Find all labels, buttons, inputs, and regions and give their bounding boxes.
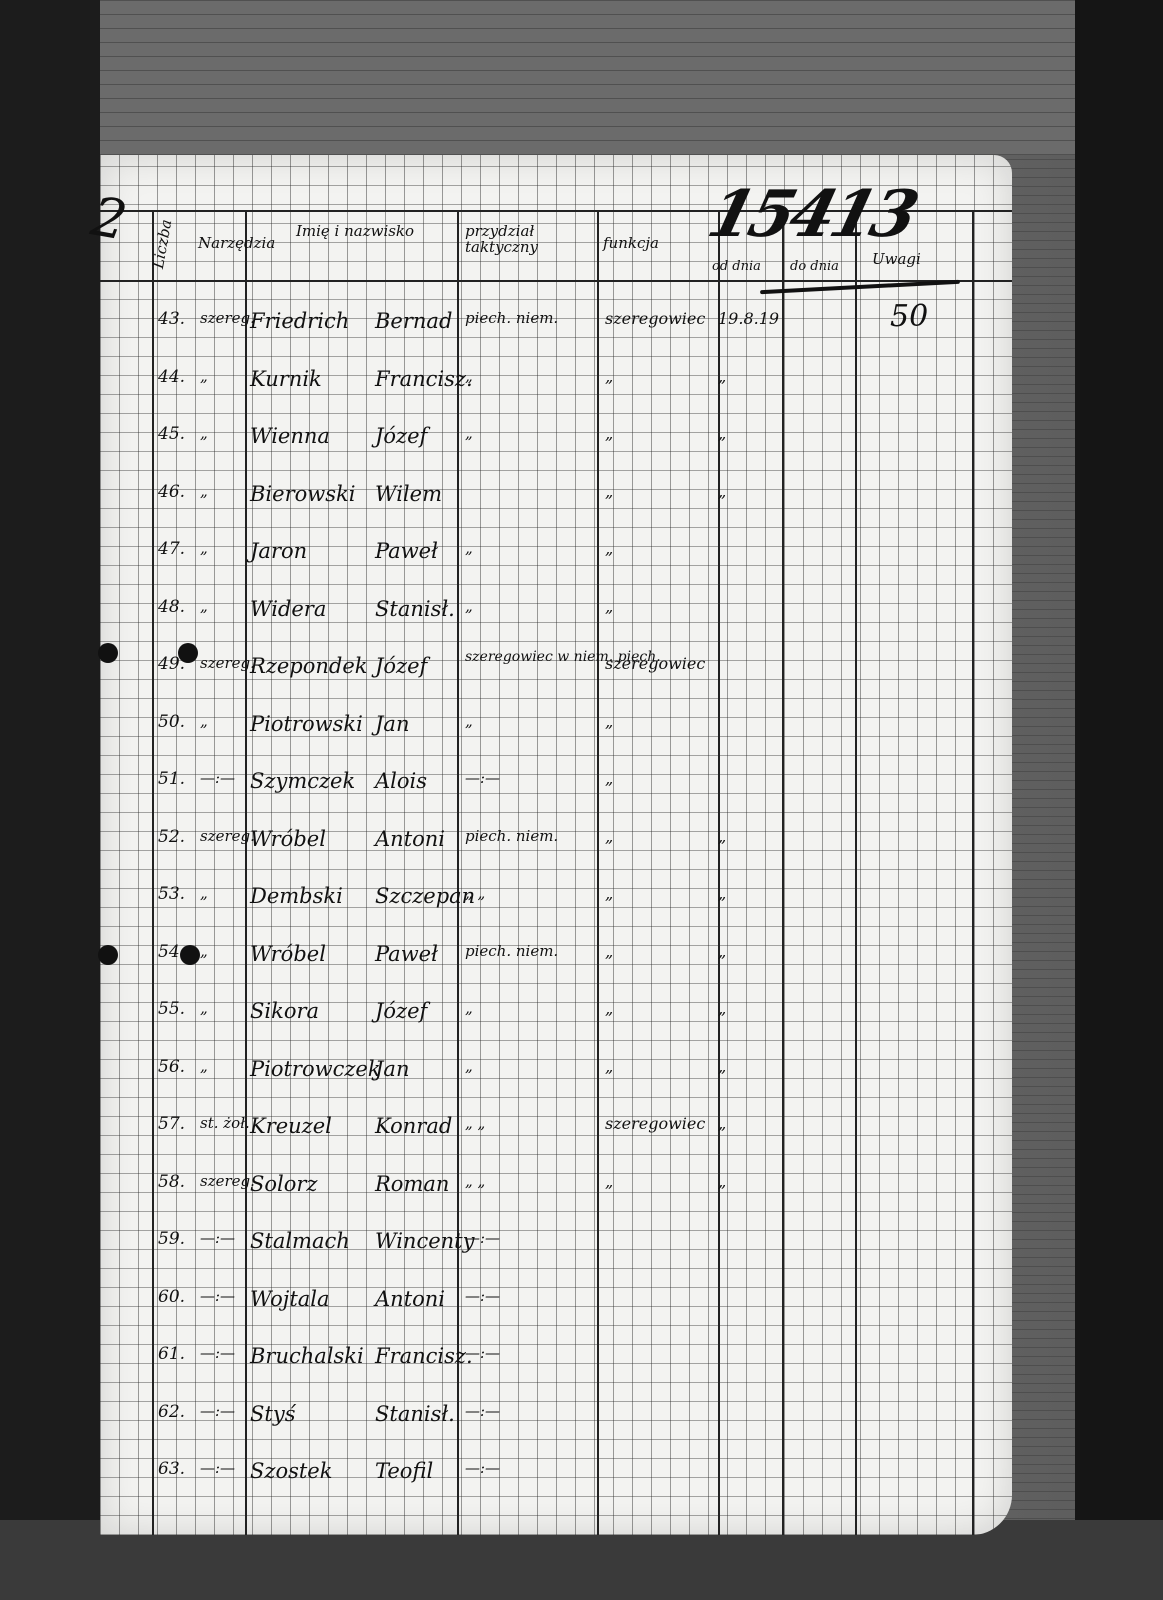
function-cell: „: [605, 367, 613, 386]
date-cell: 19.8.19: [718, 309, 779, 328]
rank-cell: „: [200, 367, 208, 385]
firstname-cell: Paweł: [375, 942, 438, 966]
firstname-cell: Francisz.: [375, 1344, 473, 1368]
column-divider: [718, 210, 720, 1535]
row-number: 56.: [158, 1057, 185, 1077]
rank-cell: —:—: [200, 1459, 235, 1477]
row-number: 61.: [158, 1344, 185, 1364]
unit-cell: „: [465, 367, 473, 385]
row-number: 59.: [158, 1229, 185, 1249]
rank-cell: szereg.: [200, 1172, 255, 1190]
surname-cell: Stalmach: [250, 1229, 350, 1253]
column-divider: [855, 210, 857, 1535]
row-number: 52.: [158, 827, 185, 847]
table-row: 48.„WideraStanisł.„„: [100, 593, 1012, 633]
header-function: funkcja: [603, 235, 659, 251]
row-number: 45.: [158, 424, 185, 444]
function-cell: „: [605, 597, 613, 616]
function-cell: „: [605, 827, 613, 846]
function-cell: „: [605, 482, 613, 501]
unit-cell: —:—: [465, 1459, 500, 1477]
rank-cell: szereg.: [200, 309, 255, 327]
firstname-cell: Szczepan: [375, 884, 475, 908]
firstname-cell: Teofil: [375, 1459, 433, 1483]
table-row: 54.„WróbelPawełpiech. niem.„„: [100, 938, 1012, 978]
function-cell: „: [605, 539, 613, 558]
table-row: 62.—:—StyśStanisł.—:—: [100, 1398, 1012, 1438]
firstname-cell: Józef: [375, 424, 427, 448]
header-name: Imię i nazwisko: [295, 223, 415, 239]
unit-cell: „ „: [465, 1114, 485, 1132]
table-row: 61.—:—BruchalskiFrancisz.—:—: [100, 1340, 1012, 1380]
table-row: 49.szereg.RzepondekJózefszeregowiec w ni…: [100, 650, 1012, 690]
firstname-cell: Jan: [375, 1057, 409, 1081]
function-cell: „: [605, 424, 613, 443]
unit-cell: —:—: [465, 769, 500, 787]
unit-cell: „: [465, 1057, 473, 1075]
table-row: 58.szereg.SolorzRoman„ „„„: [100, 1168, 1012, 1208]
table-row: 53.„DembskiSzczepan„ „„„: [100, 880, 1012, 920]
table-row: 43.szereg.FriedrichBernadpiech. niem.sze…: [100, 305, 1012, 345]
surname-cell: Friedrich: [250, 309, 349, 333]
date-cell: „: [718, 884, 726, 903]
surname-cell: Bierowski: [250, 482, 355, 506]
column-divider: [782, 210, 784, 1535]
rank-cell: „: [200, 1057, 208, 1075]
table-row: 56.„PiotrowczekJan„„„: [100, 1053, 1012, 1093]
surname-cell: Szostek: [250, 1459, 332, 1483]
row-number: 60.: [158, 1287, 185, 1307]
date-cell: „: [718, 942, 726, 961]
function-cell: „: [605, 884, 613, 903]
surname-cell: Rzepondek: [250, 654, 368, 678]
rank-cell: —:—: [200, 1287, 235, 1305]
header-period-to: do dnia: [790, 259, 839, 275]
date-cell: „: [718, 1172, 726, 1191]
rank-cell: szereg.: [200, 654, 255, 672]
surname-cell: Widera: [250, 597, 326, 621]
function-cell: „: [605, 769, 613, 788]
unit-cell: „ „: [465, 1172, 485, 1190]
date-cell: „: [718, 1114, 726, 1133]
firstname-cell: Józef: [375, 999, 427, 1023]
row-number: 58.: [158, 1172, 185, 1192]
date-cell: „: [718, 1057, 726, 1076]
rank-cell: —:—: [200, 1229, 235, 1247]
table-row: 47.„JaronPaweł„„: [100, 535, 1012, 575]
function-cell: szeregowiec: [605, 309, 705, 328]
row-number: 57.: [158, 1114, 185, 1134]
function-cell: szeregowiec: [605, 1114, 705, 1133]
table-row: 55.„SikoraJózef„„„: [100, 995, 1012, 1035]
rank-cell: „: [200, 712, 208, 730]
header-bottom-rule: [100, 280, 1012, 282]
rank-cell: „: [200, 999, 208, 1017]
function-cell: „: [605, 942, 613, 961]
column-divider: [457, 210, 459, 1535]
surname-cell: Jaron: [250, 539, 307, 563]
header-period-from: od dnia: [712, 259, 761, 275]
date-cell: „: [718, 424, 726, 443]
surname-cell: Szymczek: [250, 769, 355, 793]
punch-hole: [98, 643, 118, 663]
rank-cell: —:—: [200, 1402, 235, 1420]
firstname-cell: Józef: [375, 654, 427, 678]
punch-hole: [178, 643, 198, 663]
row-number: 53.: [158, 884, 185, 904]
header-unit: przydział taktyczny: [465, 223, 575, 255]
rank-cell: „: [200, 942, 208, 960]
date-cell: „: [718, 999, 726, 1018]
column-divider: [972, 210, 974, 1535]
scan-right-border: [1075, 0, 1163, 1600]
firstname-cell: Paweł: [375, 539, 438, 563]
rank-cell: „: [200, 884, 208, 902]
unit-cell: „: [465, 712, 473, 730]
surname-cell: Sikora: [250, 999, 319, 1023]
unit-cell: piech. niem.: [465, 309, 558, 327]
row-number: 47.: [158, 539, 185, 559]
table-row: 63.—:—SzostekTeofil—:—: [100, 1455, 1012, 1495]
punch-hole: [98, 945, 118, 965]
rank-cell: —:—: [200, 769, 235, 787]
firstname-cell: Francisz.: [375, 367, 473, 391]
surname-cell: Piotrowski: [250, 712, 363, 736]
rank-cell: „: [200, 482, 208, 500]
firstname-cell: Stanisł.: [375, 1402, 455, 1426]
firstname-cell: Konrad: [375, 1114, 452, 1138]
scan-top-band: [100, 0, 1075, 155]
function-cell: „: [605, 1172, 613, 1191]
row-number: 50.: [158, 712, 185, 732]
row-number: 46.: [158, 482, 185, 502]
unit-cell: „ „: [465, 884, 485, 902]
table-row: 51.—:—SzymczekAlois—:—„: [100, 765, 1012, 805]
unit-cell: „: [465, 539, 473, 557]
column-divider: [245, 210, 247, 1535]
firstname-cell: Bernad: [375, 309, 452, 333]
date-cell: „: [718, 827, 726, 846]
scan-left-border: [0, 0, 100, 1600]
row-number: 63.: [158, 1459, 185, 1479]
punch-hole: [180, 945, 200, 965]
function-cell: „: [605, 1057, 613, 1076]
surname-cell: Wienna: [250, 424, 330, 448]
surname-cell: Wojtala: [250, 1287, 330, 1311]
row-number: 51.: [158, 769, 185, 789]
unit-cell: —:—: [465, 1229, 500, 1247]
firstname-cell: Wilem: [375, 482, 442, 506]
surname-cell: Dembski: [250, 884, 343, 908]
date-cell: „: [718, 367, 726, 386]
unit-cell: „: [465, 424, 473, 442]
header-remarks: Uwagi: [872, 251, 921, 267]
column-divider: [597, 210, 599, 1535]
column-divider: [152, 210, 154, 1535]
unit-cell: piech. niem.: [465, 827, 558, 845]
unit-cell: —:—: [465, 1402, 500, 1420]
table-row: 57.st. żoł.KreuzelKonrad„ „szeregowiec„: [100, 1110, 1012, 1150]
row-number: 43.: [158, 309, 185, 329]
rank-cell: „: [200, 424, 208, 442]
table-row: 59.—:—StalmachWincenty—:—: [100, 1225, 1012, 1265]
surname-cell: Kurnik: [250, 367, 322, 391]
function-cell: „: [605, 999, 613, 1018]
unit-cell: „: [465, 999, 473, 1017]
firstname-cell: Stanisł.: [375, 597, 455, 621]
surname-cell: Bruchalski: [250, 1344, 364, 1368]
function-cell: „: [605, 712, 613, 731]
rank-cell: „: [200, 539, 208, 557]
surname-cell: Piotrowczek: [250, 1057, 381, 1081]
unit-cell: „: [465, 597, 473, 615]
row-number: 55.: [158, 999, 185, 1019]
firstname-cell: Jan: [375, 712, 409, 736]
table-row: 45.„WiennaJózef„„„: [100, 420, 1012, 460]
firstname-cell: Antoni: [375, 827, 445, 851]
table-row: 46.„BierowskiWilem„„: [100, 478, 1012, 518]
surname-cell: Kreuzel: [250, 1114, 332, 1138]
firstname-cell: Antoni: [375, 1287, 445, 1311]
row-number: 48.: [158, 597, 185, 617]
table-row: 52.szereg.WróbelAntonipiech. niem.„„: [100, 823, 1012, 863]
ledger-page: 2 Liczba Narzędzia Imię i nazwisko przyd…: [100, 155, 1012, 1535]
surname-cell: Wróbel: [250, 942, 326, 966]
rank-cell: —:—: [200, 1344, 235, 1362]
remarks-cell: 50: [890, 299, 928, 334]
unit-cell: —:—: [465, 1344, 500, 1362]
firstname-cell: Roman: [375, 1172, 449, 1196]
table-row: 50.„PiotrowskiJan„„: [100, 708, 1012, 748]
firstname-cell: Wincenty: [375, 1229, 474, 1253]
table-row: 60.—:—WojtalaAntoni—:—: [100, 1283, 1012, 1323]
header-rank: Narzędzia: [198, 235, 275, 251]
row-number: 62.: [158, 1402, 185, 1422]
page-stamp-number: 15413: [701, 177, 922, 252]
surname-cell: Solorz: [250, 1172, 318, 1196]
unit-cell: piech. niem.: [465, 942, 558, 960]
rank-cell: szereg.: [200, 827, 255, 845]
rank-cell: st. żoł.: [200, 1114, 250, 1132]
firstname-cell: Alois: [375, 769, 427, 793]
date-cell: „: [718, 482, 726, 501]
function-cell: szeregowiec: [605, 654, 705, 673]
surname-cell: Wróbel: [250, 827, 326, 851]
row-number: 44.: [158, 367, 185, 387]
table-row: 44.„KurnikFrancisz.„„„: [100, 363, 1012, 403]
unit-cell: —:—: [465, 1287, 500, 1305]
rank-cell: „: [200, 597, 208, 615]
surname-cell: Styś: [250, 1402, 295, 1426]
